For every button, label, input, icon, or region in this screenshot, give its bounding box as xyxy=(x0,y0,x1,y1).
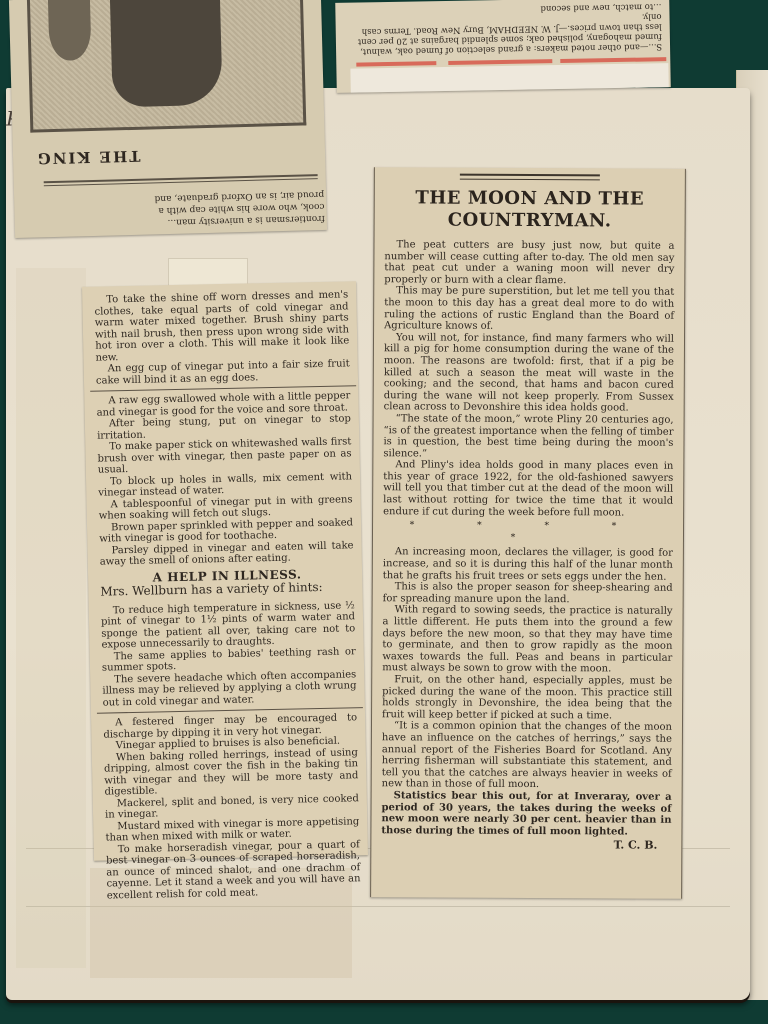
red-rule xyxy=(560,57,666,63)
hints-section-2: A raw egg swallowed whole with a little … xyxy=(96,388,354,570)
glue-stain xyxy=(16,268,86,968)
article-paragraph: An increasing moon, declares the village… xyxy=(383,547,673,583)
hint-paragraph: When baking rolled herrings, instead of … xyxy=(104,747,359,798)
photo-clipping: THE KING frontiersman is a university ma… xyxy=(9,0,327,238)
hint-paragraph: To make paper stick on whitewashed walls… xyxy=(97,436,352,476)
article-paragraph: This is also the proper season for sheep… xyxy=(383,581,673,606)
article-paragraph: The peat cutters are busy just now, but … xyxy=(384,239,674,287)
article-paragraph: “It is a common opinion that the changes… xyxy=(382,721,672,792)
halftone-photo xyxy=(27,0,306,133)
moon-article-clipping: THE MOON AND THE COUNTRYMAN. The peat cu… xyxy=(370,167,686,899)
hint-paragraph: To take the shine off worn dresses and m… xyxy=(94,289,349,363)
hints-section-3: To reduce high temperature in sickness, … xyxy=(101,598,357,711)
article-paragraph: And Pliny's idea holds good in many plac… xyxy=(383,460,673,519)
scrapbook-scene: H THE KING frontiersman is a university … xyxy=(0,0,768,1024)
advertisement-clipping: S...—and other noted makers: a grand sel… xyxy=(335,0,671,93)
figure-silhouette xyxy=(110,0,223,107)
article-paragraph: Fruit, on the other hand, especially app… xyxy=(382,674,672,722)
red-rule xyxy=(448,59,552,65)
photo-caption: frontiersman is a university man... cook… xyxy=(34,188,325,232)
article-paragraph: This may be pure superstition, but let m… xyxy=(384,286,674,334)
hints-section-1: To take the shine off worn dresses and m… xyxy=(94,287,350,388)
article-paragraph: Statistics bear this out, for at Inverar… xyxy=(381,790,671,838)
hint-paragraph: To reduce high temperature in sickness, … xyxy=(101,600,356,651)
hint-paragraph: An egg cup of vinegar put into a fair si… xyxy=(96,358,350,386)
red-rule xyxy=(356,61,436,66)
hint-paragraph: To make horseradish vinegar, pour a quar… xyxy=(106,839,361,902)
title-rule xyxy=(460,174,600,181)
trophy-shape xyxy=(48,0,92,61)
article-paragraph: You will not, for instance, find many fa… xyxy=(384,332,674,415)
article-paragraph: “The state of the moon,” wrote Pliny 20 … xyxy=(383,413,673,461)
section-intro: Mrs. Wellburn has a variety of hints: xyxy=(100,581,354,598)
hints-section-4: A festered finger may be encouraged to d… xyxy=(103,710,361,903)
author-signature: T. C. B. xyxy=(381,839,671,852)
ad-body: S...—and other noted makers: a grand sel… xyxy=(341,11,662,57)
hint-paragraph: Parsley dipped in vinegar and eaten will… xyxy=(99,540,353,568)
article-title: THE MOON AND THE COUNTRYMAN. xyxy=(385,187,675,233)
photo-headline: THE KING xyxy=(33,147,143,168)
vinegar-hints-clipping: To take the shine off worn dresses and m… xyxy=(82,281,368,861)
hint-paragraph: The severe headache which often accompan… xyxy=(102,669,357,709)
article-paragraph: With regard to sowing seeds, the practic… xyxy=(382,605,672,676)
section-separator: * * * * * xyxy=(383,520,673,545)
advertisement-text: S...—and other noted makers: a grand sel… xyxy=(341,1,662,57)
